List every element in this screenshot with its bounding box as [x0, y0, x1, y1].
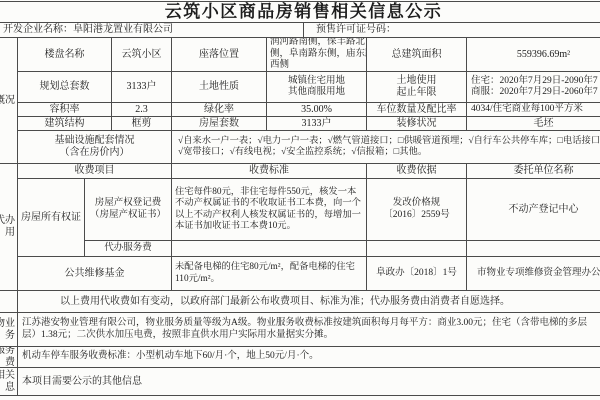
- parking-section-label: 服务 费: [0, 347, 18, 368]
- land-term-label: 土地使用 起止年限: [367, 72, 467, 103]
- registration-fee-label: 房屋产权登记费 （房屋产权证书）: [85, 179, 172, 241]
- disclosure-sheet: 云筑小区商品房销售相关信息公示 开发企业名称：阜阳港龙置业有限公司 预售许可证号…: [0, 0, 600, 400]
- structure-value: 框剪: [112, 117, 172, 131]
- structure-label: 建筑结构: [18, 117, 112, 131]
- fee-item-header: 收费项目: [18, 164, 172, 179]
- project-name-value: 云筑小区: [112, 38, 172, 72]
- presale-permit-label: 预售许可证号码：: [304, 23, 600, 38]
- page-title: 云筑小区商品房销售相关信息公示: [0, 1, 600, 23]
- developer-name: 开发企业名称：阜阳港龙置业有限公司: [0, 23, 304, 38]
- parking-ratio-value: 4034/住宅商业每100平方米: [467, 103, 600, 117]
- house-count-label: 房屋套数: [172, 117, 267, 131]
- plot-ratio-label: 容积率: [18, 103, 112, 117]
- agent-service-fee-agency: [467, 241, 600, 257]
- registration-fee-basis: 发改价格规 〔2016〕2559号: [367, 179, 467, 241]
- land-term-value: 住宅：2020年7月29日-2090年7 商服：2020年7月29日-2060年…: [467, 72, 600, 103]
- parking-ratio-label: 车位数量及配比率: [367, 103, 467, 117]
- decoration-value: 毛坯: [467, 117, 600, 131]
- fees-note: 以上费用代收费如有变动，以政府部门最新公布收费项目、标准为准；代办服务费由消费者…: [18, 291, 600, 313]
- location-label: 座落位置: [172, 38, 267, 72]
- total-area-label: 总建筑面积: [367, 38, 467, 72]
- land-type-value: 城镇住宅用地 其他商服用地: [267, 72, 367, 103]
- agent-service-fee-basis: [367, 241, 467, 257]
- decoration-label: 装修状况: [367, 117, 467, 131]
- ownership-cert-label: 房屋所有权证: [18, 179, 85, 257]
- fee-agency-header: 委托单位名称: [467, 164, 600, 179]
- overview-section-label: 概况: [0, 38, 18, 164]
- parking-fee-info: 机动车停车服务收费标准：小型机动车地下60/月·个，地上50元/月·个。: [18, 347, 600, 368]
- greening-rate-label: 绿化率: [172, 103, 267, 117]
- fees-section-label: 代办 用: [0, 164, 18, 291]
- house-count-value: 3133户: [267, 117, 367, 131]
- land-type-label: 土地性质: [172, 72, 267, 103]
- infrastructure-value: √自来水一户一表；√电力一户一表；√燃气管道接口；□供暖管道预埋；√自行车公共停…: [172, 131, 600, 164]
- fees-note-side-cell: [0, 291, 18, 313]
- registration-fee-standard: 住宅每件80元，非住宅每件550元，核发一本 不动产权属证书的不收取证书工本费，…: [172, 179, 367, 241]
- maintenance-fund-basis: 阜政办〔2018〕1号: [367, 257, 467, 291]
- planned-units-label: 规划总套数: [18, 72, 112, 103]
- maintenance-fund-agency: 市物业专项维修资金管理办公室: [467, 257, 600, 291]
- fee-standard-header: 收费标准: [172, 164, 367, 179]
- property-section-label: 物业 务: [0, 313, 18, 347]
- location-value: 润河路南侧，保丰路北 侧，阜南路东侧，庙东路 西侧: [267, 38, 367, 72]
- total-area-value: 559396.69m²: [467, 38, 600, 72]
- infrastructure-label: 基础设施配套情况 （含在房价内）: [18, 131, 172, 164]
- planned-units-value: 3133户: [112, 72, 172, 103]
- property-management-info: 江苏港安物业管理有限公司，物业服务质量等级为A级。物业服务收费标准按建筑面积每月…: [18, 313, 600, 347]
- agent-service-fee-standard: [172, 241, 367, 257]
- registration-fee-agency: 不动产登记中心: [467, 179, 600, 241]
- greening-rate-value: 35.00%: [267, 103, 367, 117]
- agent-service-fee-label: 代办服务费: [85, 241, 172, 257]
- project-name-label: 楼盘名称: [18, 38, 112, 72]
- maintenance-fund-standard: 未配备电梯的住宅80元/m²，配备电梯的住宅 110元/m²。: [172, 257, 367, 291]
- other-info: 本项目需要公示的其他信息: [18, 368, 600, 396]
- maintenance-fund-label: 公共维修基金: [18, 257, 172, 291]
- plot-ratio-value: 2.3: [112, 103, 172, 117]
- other-section-label: 相关 息: [0, 368, 18, 396]
- fee-basis-header: 收费依据: [367, 164, 467, 179]
